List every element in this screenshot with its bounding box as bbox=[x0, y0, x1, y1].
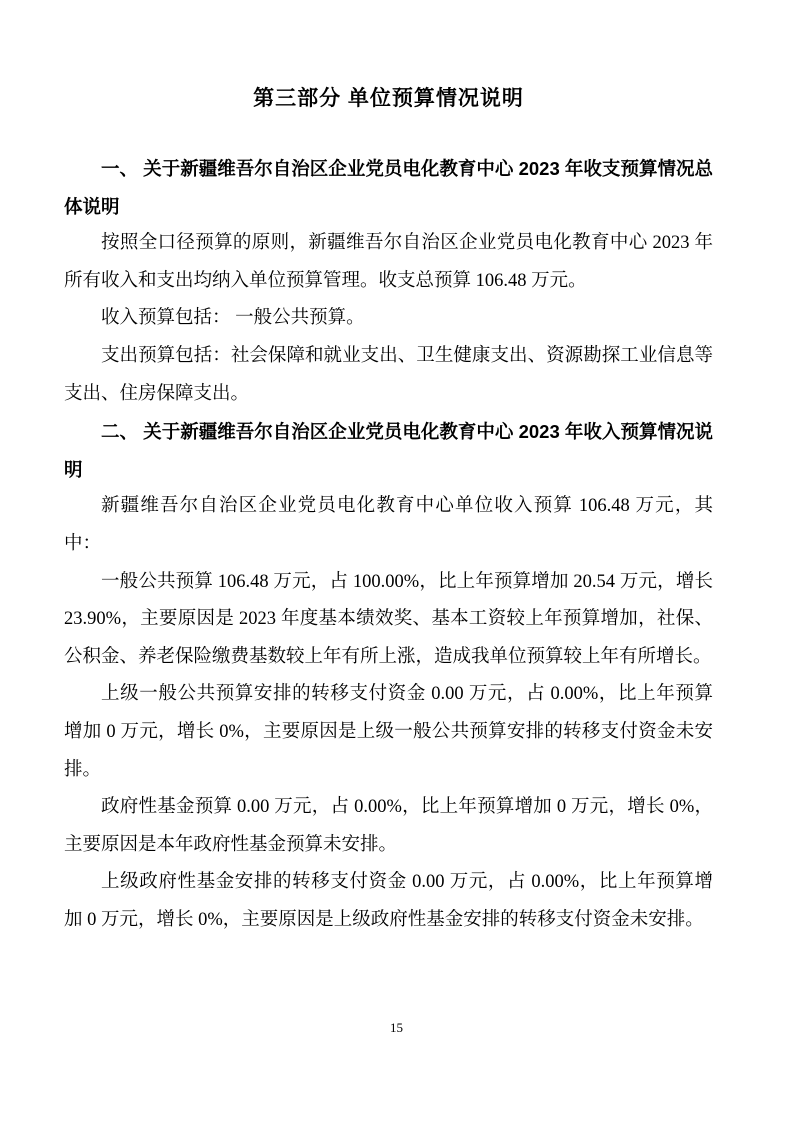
section-1-paragraph-1: 按照全口径预算的原则，新疆维吾尔自治区企业党员电化教育中心 2023 年所有收入… bbox=[64, 225, 713, 300]
section-2-paragraph-3: 上级一般公共预算安排的转移支付资金 0.00 万元，占 0.00%，比上年预算增… bbox=[64, 676, 713, 789]
section-2-paragraph-5: 上级政府性基金安排的转移支付资金 0.00 万元，占 0.00%，比上年预算增加… bbox=[64, 864, 713, 939]
section-1-paragraph-3: 支出预算包括：社会保障和就业支出、卫生健康支出、资源勘探工业信息等支出、住房保障… bbox=[64, 338, 713, 413]
section-1-paragraph-2: 收入预算包括： 一般公共预算。 bbox=[64, 300, 713, 338]
section-1-heading: 一、 关于新疆维吾尔自治区企业党员电化教育中心 2023 年收支预算情况总体说明 bbox=[64, 150, 713, 225]
document-page: 第三部分 单位预算情况说明 一、 关于新疆维吾尔自治区企业党员电化教育中心 20… bbox=[0, 0, 793, 1122]
section-2-paragraph-2: 一般公共预算 106.48 万元，占 100.00%，比上年预算增加 20.54… bbox=[64, 564, 713, 677]
page-number: 15 bbox=[0, 1020, 793, 1036]
section-2-paragraph-4: 政府性基金预算 0.00 万元，占 0.00%，比上年预算增加 0 万元，增长 … bbox=[64, 789, 713, 864]
document-content: 第三部分 单位预算情况说明 一、 关于新疆维吾尔自治区企业党员电化教育中心 20… bbox=[64, 84, 713, 939]
section-2-paragraph-1: 新疆维吾尔自治区企业党员电化教育中心单位收入预算 106.48 万元，其中： bbox=[64, 488, 713, 563]
page-title: 第三部分 单位预算情况说明 bbox=[64, 84, 713, 114]
section-2-heading: 二、 关于新疆维吾尔自治区企业党员电化教育中心 2023 年收入预算情况说明 bbox=[64, 413, 713, 488]
